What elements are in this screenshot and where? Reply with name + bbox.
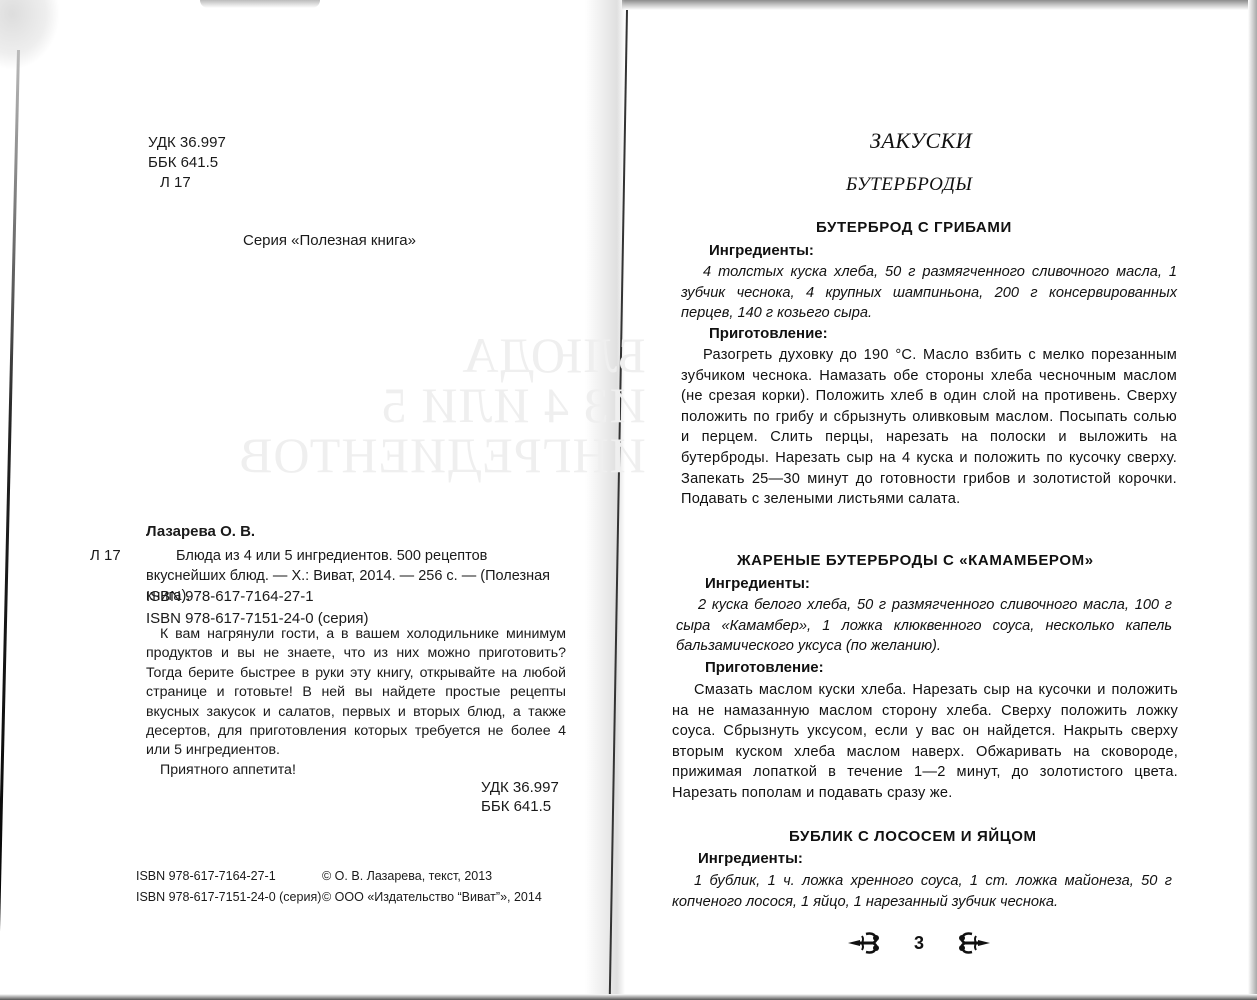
preparation-label: Приготовление: — [709, 325, 828, 342]
ingredients-text: 2 куска белого хлеба, 50 г размягченного… — [676, 595, 1172, 657]
ingredients-paragraph: 1 бублик, 1 ч. ложка хренного соуса, 1 с… — [672, 871, 1172, 912]
book-spread: БЛЮДА ИЗ 4 ИЛИ 5 ИНГРЕДИЕНТОВ УДК 36.997… — [0, 0, 1257, 1000]
udk-code: УДК 36.997 — [481, 778, 559, 797]
author-mark: Л 17 — [148, 173, 226, 193]
ingredients-paragraph: 4 толстых куска хлеба, 50 г размягченног… — [681, 262, 1177, 324]
recipe-title: БУБЛИК С ЛОСОСЕМ И ЯЙЦОМ — [789, 828, 1037, 845]
recipe-title: БУТЕРБРОД С ГРИБАМИ — [816, 219, 1012, 236]
subsection-title: БУТЕРБРОДЫ — [846, 174, 972, 196]
bbk-code: ББК 641.5 — [481, 797, 559, 816]
recipe-title: ЖАРЕНЫЕ БУТЕРБРОДЫ С «КАМАМБЕРОМ» — [737, 552, 1094, 569]
ingredients-text: 1 бублик, 1 ч. ложка хренного соуса, 1 с… — [672, 871, 1172, 912]
preparation-paragraph: Смазать маслом куски хлеба. Нарезать сыр… — [672, 680, 1178, 804]
page-number: 3 — [914, 933, 924, 954]
ingredients-label: Ингредиенты: — [705, 575, 810, 592]
preparation-label: Приготовление: — [705, 659, 824, 676]
ingredients-label: Ингредиенты: — [709, 242, 814, 259]
ghost-line: ИЗ 4 ИЛИ 5 — [238, 380, 646, 430]
left-page-edge — [0, 40, 22, 1000]
ornament-right-icon — [952, 930, 992, 956]
ornament-left-icon — [846, 930, 886, 956]
isbn-series: ISBN 978-617-7151-24-0 (серия) — [136, 887, 321, 908]
catalog-code: Л 17 — [90, 546, 121, 566]
bbk-code: ББК 641.5 — [148, 153, 226, 173]
isbn-block-bottom: ISBN 978-617-7164-27-1 ISBN 978-617-7151… — [136, 866, 321, 908]
right-page-edge — [1248, 0, 1257, 1000]
show-through-title: БЛЮДА ИЗ 4 ИЛИ 5 ИНГРЕДИЕНТОВ — [238, 330, 646, 480]
udk-code: УДК 36.997 — [148, 133, 226, 153]
preparation-paragraph: Разогреть духовку до 190 °С. Масло взбит… — [681, 345, 1177, 510]
classification-codes-bottom: УДК 36.997 ББК 641.5 — [481, 778, 559, 816]
page-number-footer: 3 — [846, 930, 992, 956]
scan-shadow — [200, 0, 320, 8]
series-name: Серия «Полезная книга» — [243, 231, 416, 251]
annotation: К вам нагрянули гости, а в вашем холодил… — [146, 625, 566, 780]
ghost-line: ИНГРЕДИЕНТОВ — [238, 430, 646, 480]
preparation-text: Разогреть духовку до 190 °С. Масло взбит… — [681, 345, 1177, 510]
author-name: Лазарева О. В. — [146, 522, 255, 542]
page-top-edge — [622, 0, 1257, 10]
section-title: ЗАКУСКИ — [870, 128, 972, 154]
ghost-line: БЛЮДА — [238, 330, 646, 380]
copyright-author: © О. В. Лазарева, текст, 2013 — [322, 866, 542, 887]
ingredients-text: 4 толстых куска хлеба, 50 г размягченног… — [681, 262, 1177, 324]
ingredients-label: Ингредиенты: — [698, 850, 803, 867]
page-bottom-edge — [0, 994, 1257, 1000]
isbn-main: ISBN 978-617-7164-27-1 — [136, 866, 321, 887]
preparation-text: Смазать маслом куски хлеба. Нарезать сыр… — [672, 680, 1178, 804]
isbn-main: ISBN 978-617-7164-27-1 — [146, 586, 368, 608]
annotation-text: К вам нагрянули гости, а в вашем холодил… — [146, 625, 566, 761]
copyright-publisher: © ООО «Издательство “Виват”», 2014 — [322, 887, 542, 908]
copyright-block: © О. В. Лазарева, текст, 2013 © ООО «Изд… — [322, 866, 542, 908]
classification-codes: УДК 36.997 ББК 641.5 Л 17 — [148, 133, 226, 193]
ingredients-paragraph: 2 куска белого хлеба, 50 г размягченного… — [676, 595, 1172, 657]
isbn-block: ISBN 978-617-7164-27-1 ISBN 978-617-7151… — [146, 586, 368, 630]
